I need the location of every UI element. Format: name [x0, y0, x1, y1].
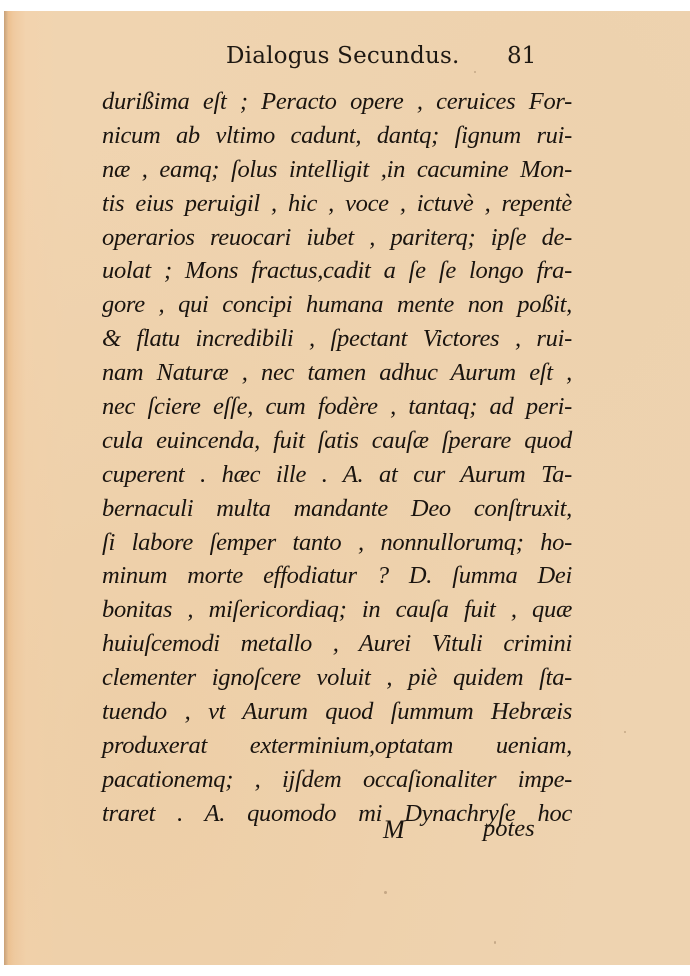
text-line: næ , eamq; ſolus intelligit ,in cacumine…: [102, 153, 572, 187]
text-line: durißima eſt ; Peracto opere , ceruices …: [102, 85, 572, 119]
text-line: bernaculi multa mandante Deo conſtruxit,: [102, 492, 572, 526]
text-line: operarios reuocari iubet , pariterq; ipſ…: [102, 221, 572, 255]
text-line: produxerat exterminium,optatam ueniam,: [102, 729, 572, 763]
running-head-title: Dialogus Secundus.: [226, 43, 460, 69]
book-page: Dialogus Secundus. 81 durißima eſt ; Per…: [4, 11, 690, 965]
catchword: potes: [483, 815, 535, 843]
text-line: huiuſcemodi metallo , Aurei Vituli crimi…: [102, 627, 572, 661]
text-line: pacationemq; , ijſdem occaſionaliter imp…: [102, 763, 572, 797]
text-line: minum morte effodiatur ? D. ſumma Dei: [102, 559, 572, 593]
page-number: 81: [507, 43, 536, 69]
page-footer: M potes: [102, 815, 572, 851]
text-line: cuperent . hæc ille . A. at cur Aurum Ta…: [102, 458, 572, 492]
text-line: gore , qui concipi humana mente non poßi…: [102, 288, 572, 322]
text-line: tis eius peruigil , hic , voce , ictuvè …: [102, 187, 572, 221]
text-line: clementer ignoſcere voluit , piè quidem …: [102, 661, 572, 695]
foxing-spot: [494, 941, 496, 944]
text-line: nicum ab vltimo cadunt, dantq; ſignum ru…: [102, 119, 572, 153]
foxing-spot: [624, 731, 626, 733]
text-line: ſi labore ſemper tanto , nonnullorumq; h…: [102, 526, 572, 560]
text-line: bonitas , miſericordiaq; in cauſa fuit ,…: [102, 593, 572, 627]
foxing-spot: [384, 891, 387, 894]
text-line: uolat ; Mons fractus,cadit a ſe ſe longo…: [102, 254, 572, 288]
text-line: nec ſciere eſſe, cum fodère , tantaq; ad…: [102, 390, 572, 424]
text-line: & flatu incredibili , ſpectant Victores …: [102, 322, 572, 356]
text-line: nam Naturæ , nec tamen adhuc Aurum eſt ,: [102, 356, 572, 390]
signature-mark: M: [383, 815, 405, 845]
text-line: cula euincenda, fuit ſatis cauſæ ſperare…: [102, 424, 572, 458]
text-line: tuendo , vt Aurum quod ſummum Hebræis: [102, 695, 572, 729]
running-head: Dialogus Secundus. 81: [4, 43, 690, 79]
body-text: durißima eſt ; Peracto opere , ceruices …: [102, 85, 572, 831]
